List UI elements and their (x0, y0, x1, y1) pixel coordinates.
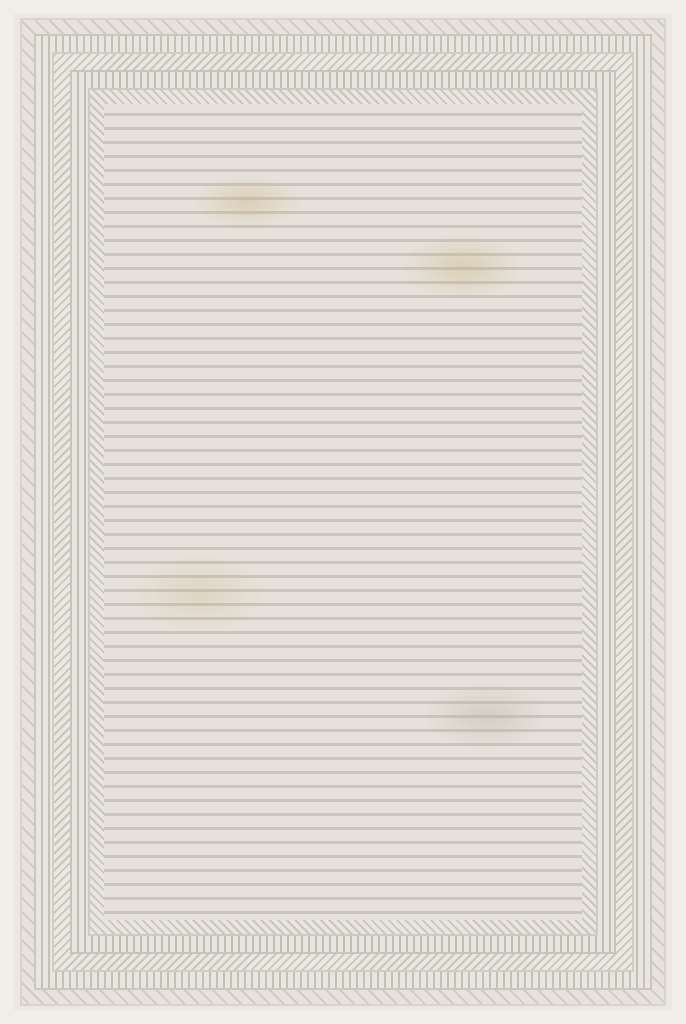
rug (14, 14, 672, 1010)
rug-field (104, 104, 582, 920)
